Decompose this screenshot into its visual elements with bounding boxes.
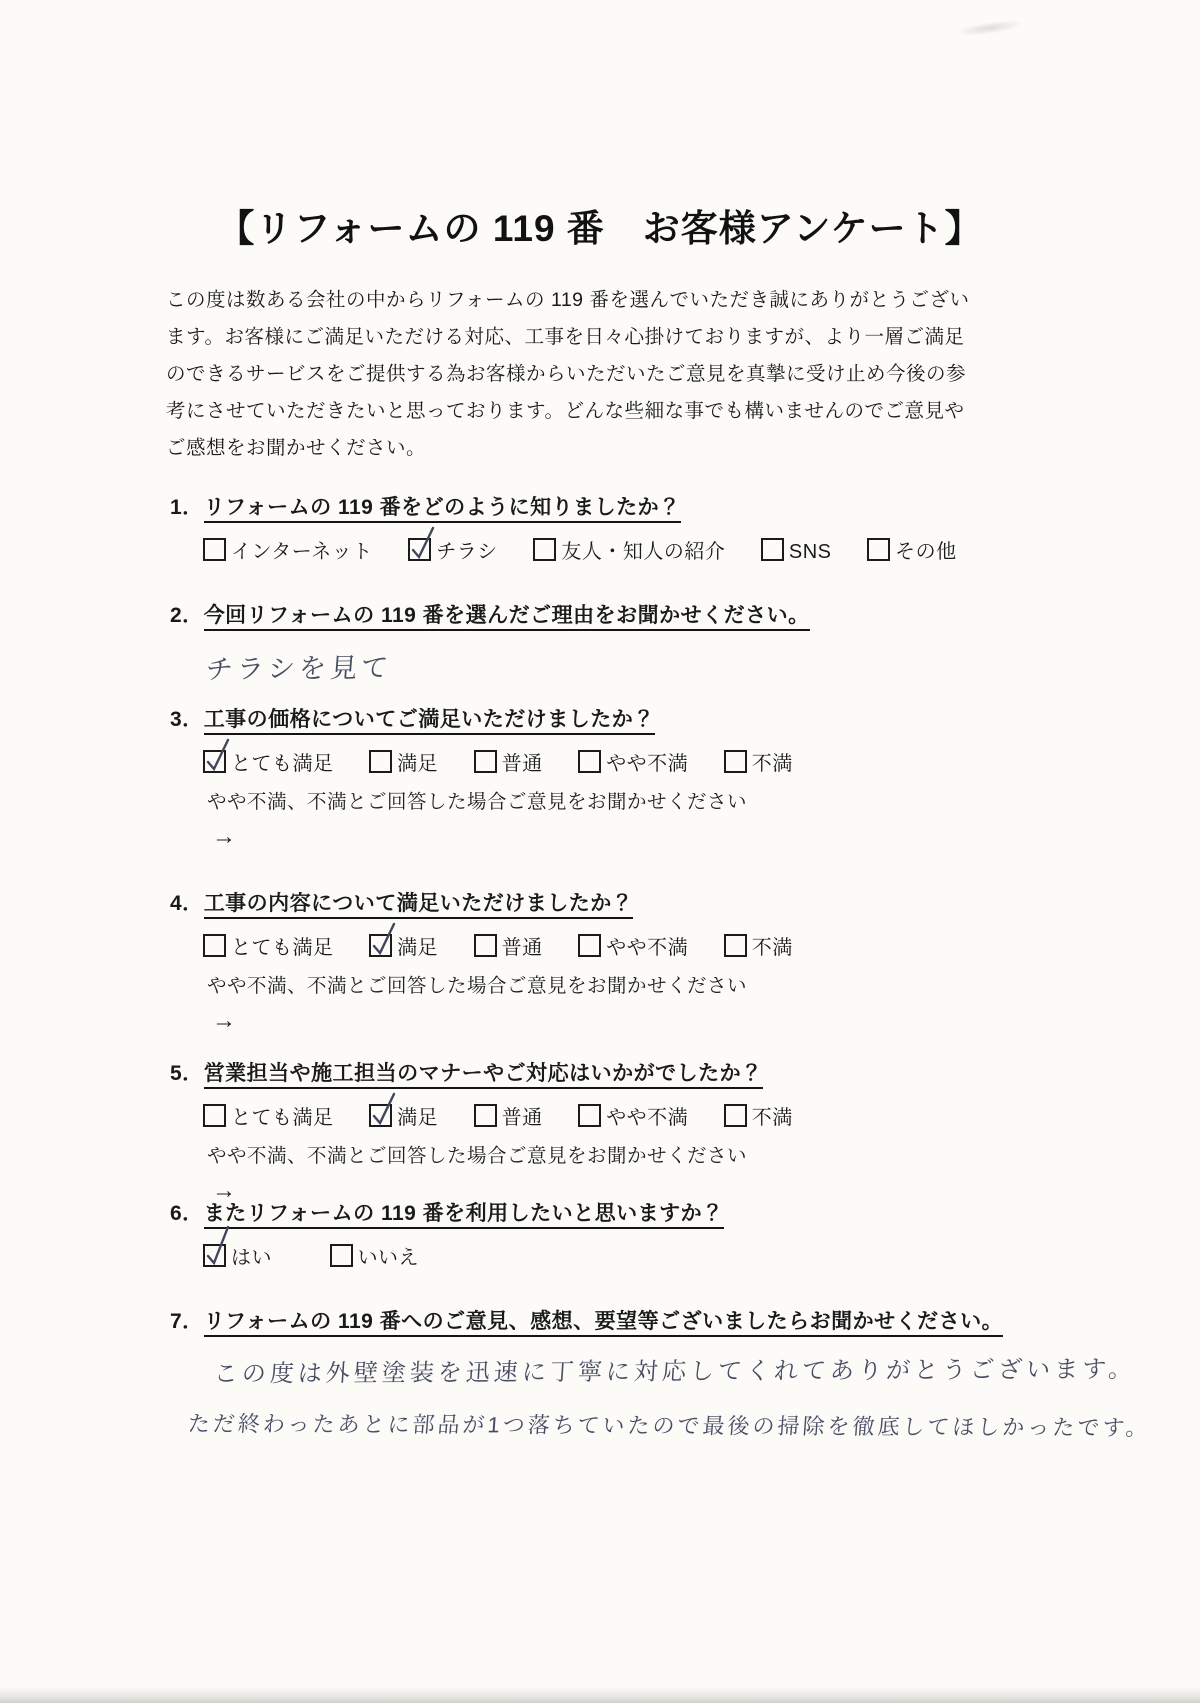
option-label: 不満: [752, 1107, 793, 1129]
option-somewhat-dissatisfied[interactable]: やや不満: [578, 1101, 688, 1130]
option-neutral[interactable]: 普通: [474, 931, 543, 960]
option-label: とても満足: [231, 937, 334, 959]
question-6-heading: 6．またリフォームの 119 番を利用したいと思いますか？: [170, 1198, 1130, 1230]
option-label: いいえ: [358, 1247, 420, 1269]
checkbox-icon[interactable]: [724, 1104, 747, 1127]
checkbox-icon[interactable]: [369, 934, 392, 957]
question-4-options: とても満足 満足 普通 やや不満 不満: [170, 931, 1130, 960]
option-label: 不満: [752, 753, 793, 775]
question-5-heading: 5．営業担当や施工担当のマナーやご対応はいかがでしたか？: [170, 1058, 1130, 1090]
intro-line: この度は数ある会社の中からリフォームの 119 番を選んでいただき誠にありがとう…: [166, 282, 986, 319]
question-title: 工事の価格についてご満足いただけましたか？: [204, 708, 655, 735]
option-yes[interactable]: はい: [203, 1241, 272, 1270]
arrow-prompt: →: [170, 823, 1130, 851]
checkbox-icon[interactable]: [203, 934, 226, 957]
question-title: 今回リフォームの 119 番を選んだご理由をお聞かせください。: [204, 604, 810, 631]
option-label: やや不満: [606, 753, 688, 775]
option-label: やや不満: [606, 1107, 688, 1129]
checkbox-icon[interactable]: [578, 1104, 601, 1127]
option-neutral[interactable]: 普通: [474, 747, 543, 776]
option-label: はい: [231, 1247, 272, 1269]
question-3-heading: 3．工事の価格についてご満足いただけましたか？: [170, 704, 1130, 736]
question-1-heading: 1．リフォームの 119 番をどのように知りましたか？: [170, 492, 1130, 524]
question-7-heading: 7．リフォームの 119 番へのご意見、感想、要望等ございましたらお聞かせくださ…: [170, 1306, 1180, 1338]
question-2-heading: 2．今回リフォームの 119 番を選んだご理由をお聞かせください。: [170, 600, 1130, 632]
question-title: またリフォームの 119 番を利用したいと思いますか？: [204, 1202, 724, 1229]
intro-line: 考にさせていただきたいと思っております。どんな些細な事でも構いませんのでご意見や: [166, 393, 986, 430]
checkbox-icon[interactable]: [203, 750, 226, 773]
checkbox-icon[interactable]: [761, 538, 784, 561]
option-label: チラシ: [436, 541, 498, 563]
checkbox-icon[interactable]: [203, 538, 226, 561]
option-label: 満足: [397, 753, 438, 775]
check-mark-icon: [367, 1089, 399, 1127]
intro-line: のできるサービスをご提供する為お客様からいただいたご意見を真摯に受け止め今後の参: [166, 356, 986, 393]
question-title: リフォームの 119 番をどのように知りましたか？: [204, 496, 681, 523]
checkbox-icon[interactable]: [330, 1244, 353, 1267]
checkbox-icon[interactable]: [474, 934, 497, 957]
handwritten-answer: チラシを見て: [168, 638, 1132, 687]
option-label: 普通: [502, 1107, 543, 1129]
option-label: その他: [895, 541, 957, 563]
option-label: SNS: [789, 541, 832, 563]
check-mark-icon: [367, 919, 399, 957]
option-label: 満足: [397, 1107, 438, 1129]
follow-up-note: やや不満、不満とご回答した場合ご意見をお聞かせください: [170, 970, 1130, 998]
question-4-heading: 4．工事の内容について満足いただけましたか？: [170, 888, 1130, 920]
option-referral[interactable]: 友人・知人の紹介: [533, 535, 725, 564]
option-sns[interactable]: SNS: [761, 538, 832, 564]
checkbox-icon[interactable]: [203, 1104, 226, 1127]
option-very-satisfied[interactable]: とても満足: [203, 747, 334, 776]
option-label: やや不満: [606, 937, 688, 959]
question-number: 5．: [170, 1062, 204, 1085]
option-label: 不満: [752, 937, 793, 959]
handwritten-comment-line: ただ終わったあとに部品が1つ落ちていたので最後の掃除を徹底してほしかったです。: [169, 1407, 1181, 1442]
option-very-satisfied[interactable]: とても満足: [203, 931, 334, 960]
checkbox-icon[interactable]: [474, 750, 497, 773]
option-satisfied[interactable]: 満足: [369, 1101, 438, 1130]
question-number: 7．: [170, 1310, 204, 1333]
option-dissatisfied[interactable]: 不満: [724, 1101, 793, 1130]
question-number: 4．: [170, 892, 204, 915]
follow-up-note: やや不満、不満とご回答した場合ご意見をお聞かせください: [170, 1140, 1130, 1168]
option-somewhat-dissatisfied[interactable]: やや不満: [578, 931, 688, 960]
option-other[interactable]: その他: [867, 535, 957, 564]
option-label: 普通: [502, 937, 543, 959]
question-number: 6．: [170, 1202, 204, 1225]
option-label: 友人・知人の紹介: [561, 541, 725, 563]
arrow-prompt: →: [170, 1007, 1130, 1035]
question-1-options: インターネット チラシ 友人・知人の紹介 SNS その他: [170, 535, 1130, 564]
question-number: 2．: [170, 604, 204, 627]
check-mark-icon: [406, 523, 438, 561]
checkbox-icon[interactable]: [474, 1104, 497, 1127]
check-mark-icon: [201, 1229, 233, 1267]
intro-paragraph: この度は数ある会社の中からリフォームの 119 番を選んでいただき誠にありがとう…: [166, 282, 986, 467]
option-internet[interactable]: インターネット: [203, 535, 373, 564]
page-title: 【リフォームの 119 番 お客様アンケート】: [0, 198, 1200, 252]
question-6-options: はい いいえ: [170, 1241, 1130, 1270]
question-title: 営業担当や施工担当のマナーやご対応はいかがでしたか？: [204, 1062, 763, 1089]
checkbox-icon[interactable]: [369, 1104, 392, 1127]
checkbox-icon[interactable]: [369, 750, 392, 773]
option-somewhat-dissatisfied[interactable]: やや不満: [578, 747, 688, 776]
scan-smudge: [955, 17, 1026, 39]
checkbox-icon[interactable]: [578, 934, 601, 957]
question-2: 2．今回リフォームの 119 番を選んだご理由をお聞かせください。 チラシを見て: [170, 600, 1130, 687]
checkbox-icon[interactable]: [203, 1244, 226, 1267]
handwritten-comment-line: この度は外壁塗装を迅速に丁寧に対応してくれてありがとうございます。: [169, 1349, 1182, 1389]
option-neutral[interactable]: 普通: [474, 1101, 543, 1130]
checkbox-icon[interactable]: [724, 934, 747, 957]
option-no[interactable]: いいえ: [330, 1241, 420, 1270]
question-1: 1．リフォームの 119 番をどのように知りましたか？ インターネット チラシ …: [170, 492, 1130, 564]
question-title: リフォームの 119 番へのご意見、感想、要望等ございましたらお聞かせください。: [204, 1310, 1004, 1337]
question-6: 6．またリフォームの 119 番を利用したいと思いますか？ はい いいえ: [170, 1198, 1130, 1270]
scanned-survey-page: 【リフォームの 119 番 お客様アンケート】 この度は数ある会社の中からリフォ…: [0, 0, 1200, 1703]
option-label: インターネット: [231, 541, 373, 563]
checkbox-icon[interactable]: [533, 538, 556, 561]
question-title: 工事の内容について満足いただけましたか？: [204, 892, 634, 919]
option-label: 普通: [502, 753, 543, 775]
question-7: 7．リフォームの 119 番へのご意見、感想、要望等ございましたらお聞かせくださ…: [170, 1306, 1180, 1438]
question-number: 1．: [170, 496, 204, 519]
intro-line: ご感想をお聞かせください。: [166, 430, 986, 467]
check-mark-icon: [201, 735, 233, 773]
checkbox-icon[interactable]: [724, 750, 747, 773]
checkbox-icon[interactable]: [578, 750, 601, 773]
question-number: 3．: [170, 708, 204, 731]
follow-up-note: やや不満、不満とご回答した場合ご意見をお聞かせください: [170, 786, 1130, 814]
question-3: 3．工事の価格についてご満足いただけましたか？ とても満足 満足 普通 やや不満…: [170, 704, 1130, 851]
option-dissatisfied[interactable]: 不満: [724, 931, 793, 960]
option-flyer[interactable]: チラシ: [408, 535, 498, 564]
option-satisfied[interactable]: 満足: [369, 747, 438, 776]
option-label: 満足: [397, 937, 438, 959]
option-label: とても満足: [231, 1107, 334, 1129]
intro-line: ます。お客様にご満足いただける対応、工事を日々心掛けておりますが、より一層ご満足: [166, 319, 986, 356]
question-5: 5．営業担当や施工担当のマナーやご対応はいかがでしたか？ とても満足 満足 普通…: [170, 1058, 1130, 1205]
question-4: 4．工事の内容について満足いただけましたか？ とても満足 満足 普通 やや不満 …: [170, 888, 1130, 1035]
checkbox-icon[interactable]: [867, 538, 890, 561]
scan-bottom-edge: [0, 1687, 1200, 1703]
option-very-satisfied[interactable]: とても満足: [203, 1101, 334, 1130]
checkbox-icon[interactable]: [408, 538, 431, 561]
option-dissatisfied[interactable]: 不満: [724, 747, 793, 776]
option-satisfied[interactable]: 満足: [369, 931, 438, 960]
option-label: とても満足: [231, 753, 334, 775]
question-3-options: とても満足 満足 普通 やや不満 不満: [170, 747, 1130, 776]
question-5-options: とても満足 満足 普通 やや不満 不満: [170, 1101, 1130, 1130]
